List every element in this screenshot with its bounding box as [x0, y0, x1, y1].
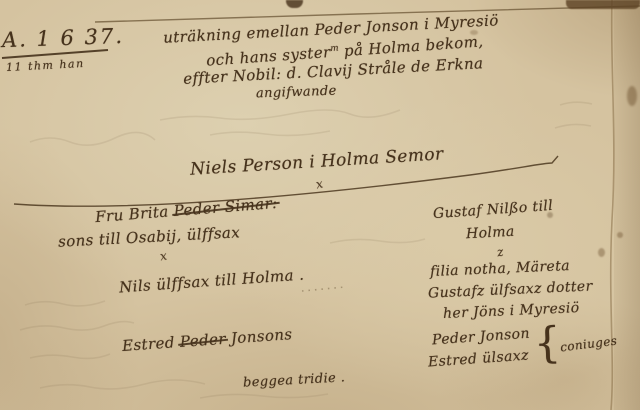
manuscript-page: A. 1 6 37. 11 thm han uträkning emellan …: [0, 0, 640, 410]
right-entry-2-line-2: Gustafz ülfsaxz dotter: [428, 279, 593, 300]
dotted-leader: [302, 287, 345, 291]
left-entry-2: Nils ülffsax till Holma .: [119, 268, 305, 296]
left-entry-3-prefix: Estred: [122, 333, 181, 355]
right-entry-2-line-1: filia notha, Märeta: [430, 259, 570, 279]
heading-flourish: x: [315, 177, 325, 190]
right-entry-3-line-1: Peder Jonson: [432, 327, 531, 348]
right-entry-1-line-1: Gustaf Nilßo till: [433, 199, 554, 221]
date-note: 11 thm han: [6, 58, 85, 73]
left-entry-1-prefix: Fru Brita: [95, 202, 175, 226]
struck-text: Peder: [179, 332, 226, 350]
header-line-4: angifwande: [256, 85, 337, 101]
right-entry-1-line-2: Holma: [466, 225, 515, 242]
year-heading: A. 1 6 37.: [2, 26, 125, 51]
entry-flourish: z: [496, 246, 505, 259]
coniuges-label: coniuges: [559, 335, 617, 354]
bottom-note: beggea tridie .: [243, 371, 346, 389]
section-heading: Niels Person i Holma Semor: [190, 146, 444, 178]
left-entry-3-suffix: Jonsons: [225, 325, 293, 348]
left-entry-1-line-2: sons till Osabij, ülffsax: [58, 225, 241, 250]
ink-stain: [286, 0, 303, 8]
couple-brace: {: [533, 322, 562, 365]
left-entry-3: Estred Peder Jonsons: [122, 327, 293, 354]
struck-text: Peder Simar:: [173, 196, 278, 219]
page-edge-shadow: [614, 0, 640, 410]
inserted-letter: m: [330, 43, 339, 54]
left-entry-1-line-1: Fru Brita Peder Simar:: [95, 196, 278, 225]
entry-flourish: x: [159, 249, 168, 262]
right-entry-3-line-2: Estred ülsaxz: [428, 348, 530, 369]
ink-stain: [598, 248, 605, 257]
